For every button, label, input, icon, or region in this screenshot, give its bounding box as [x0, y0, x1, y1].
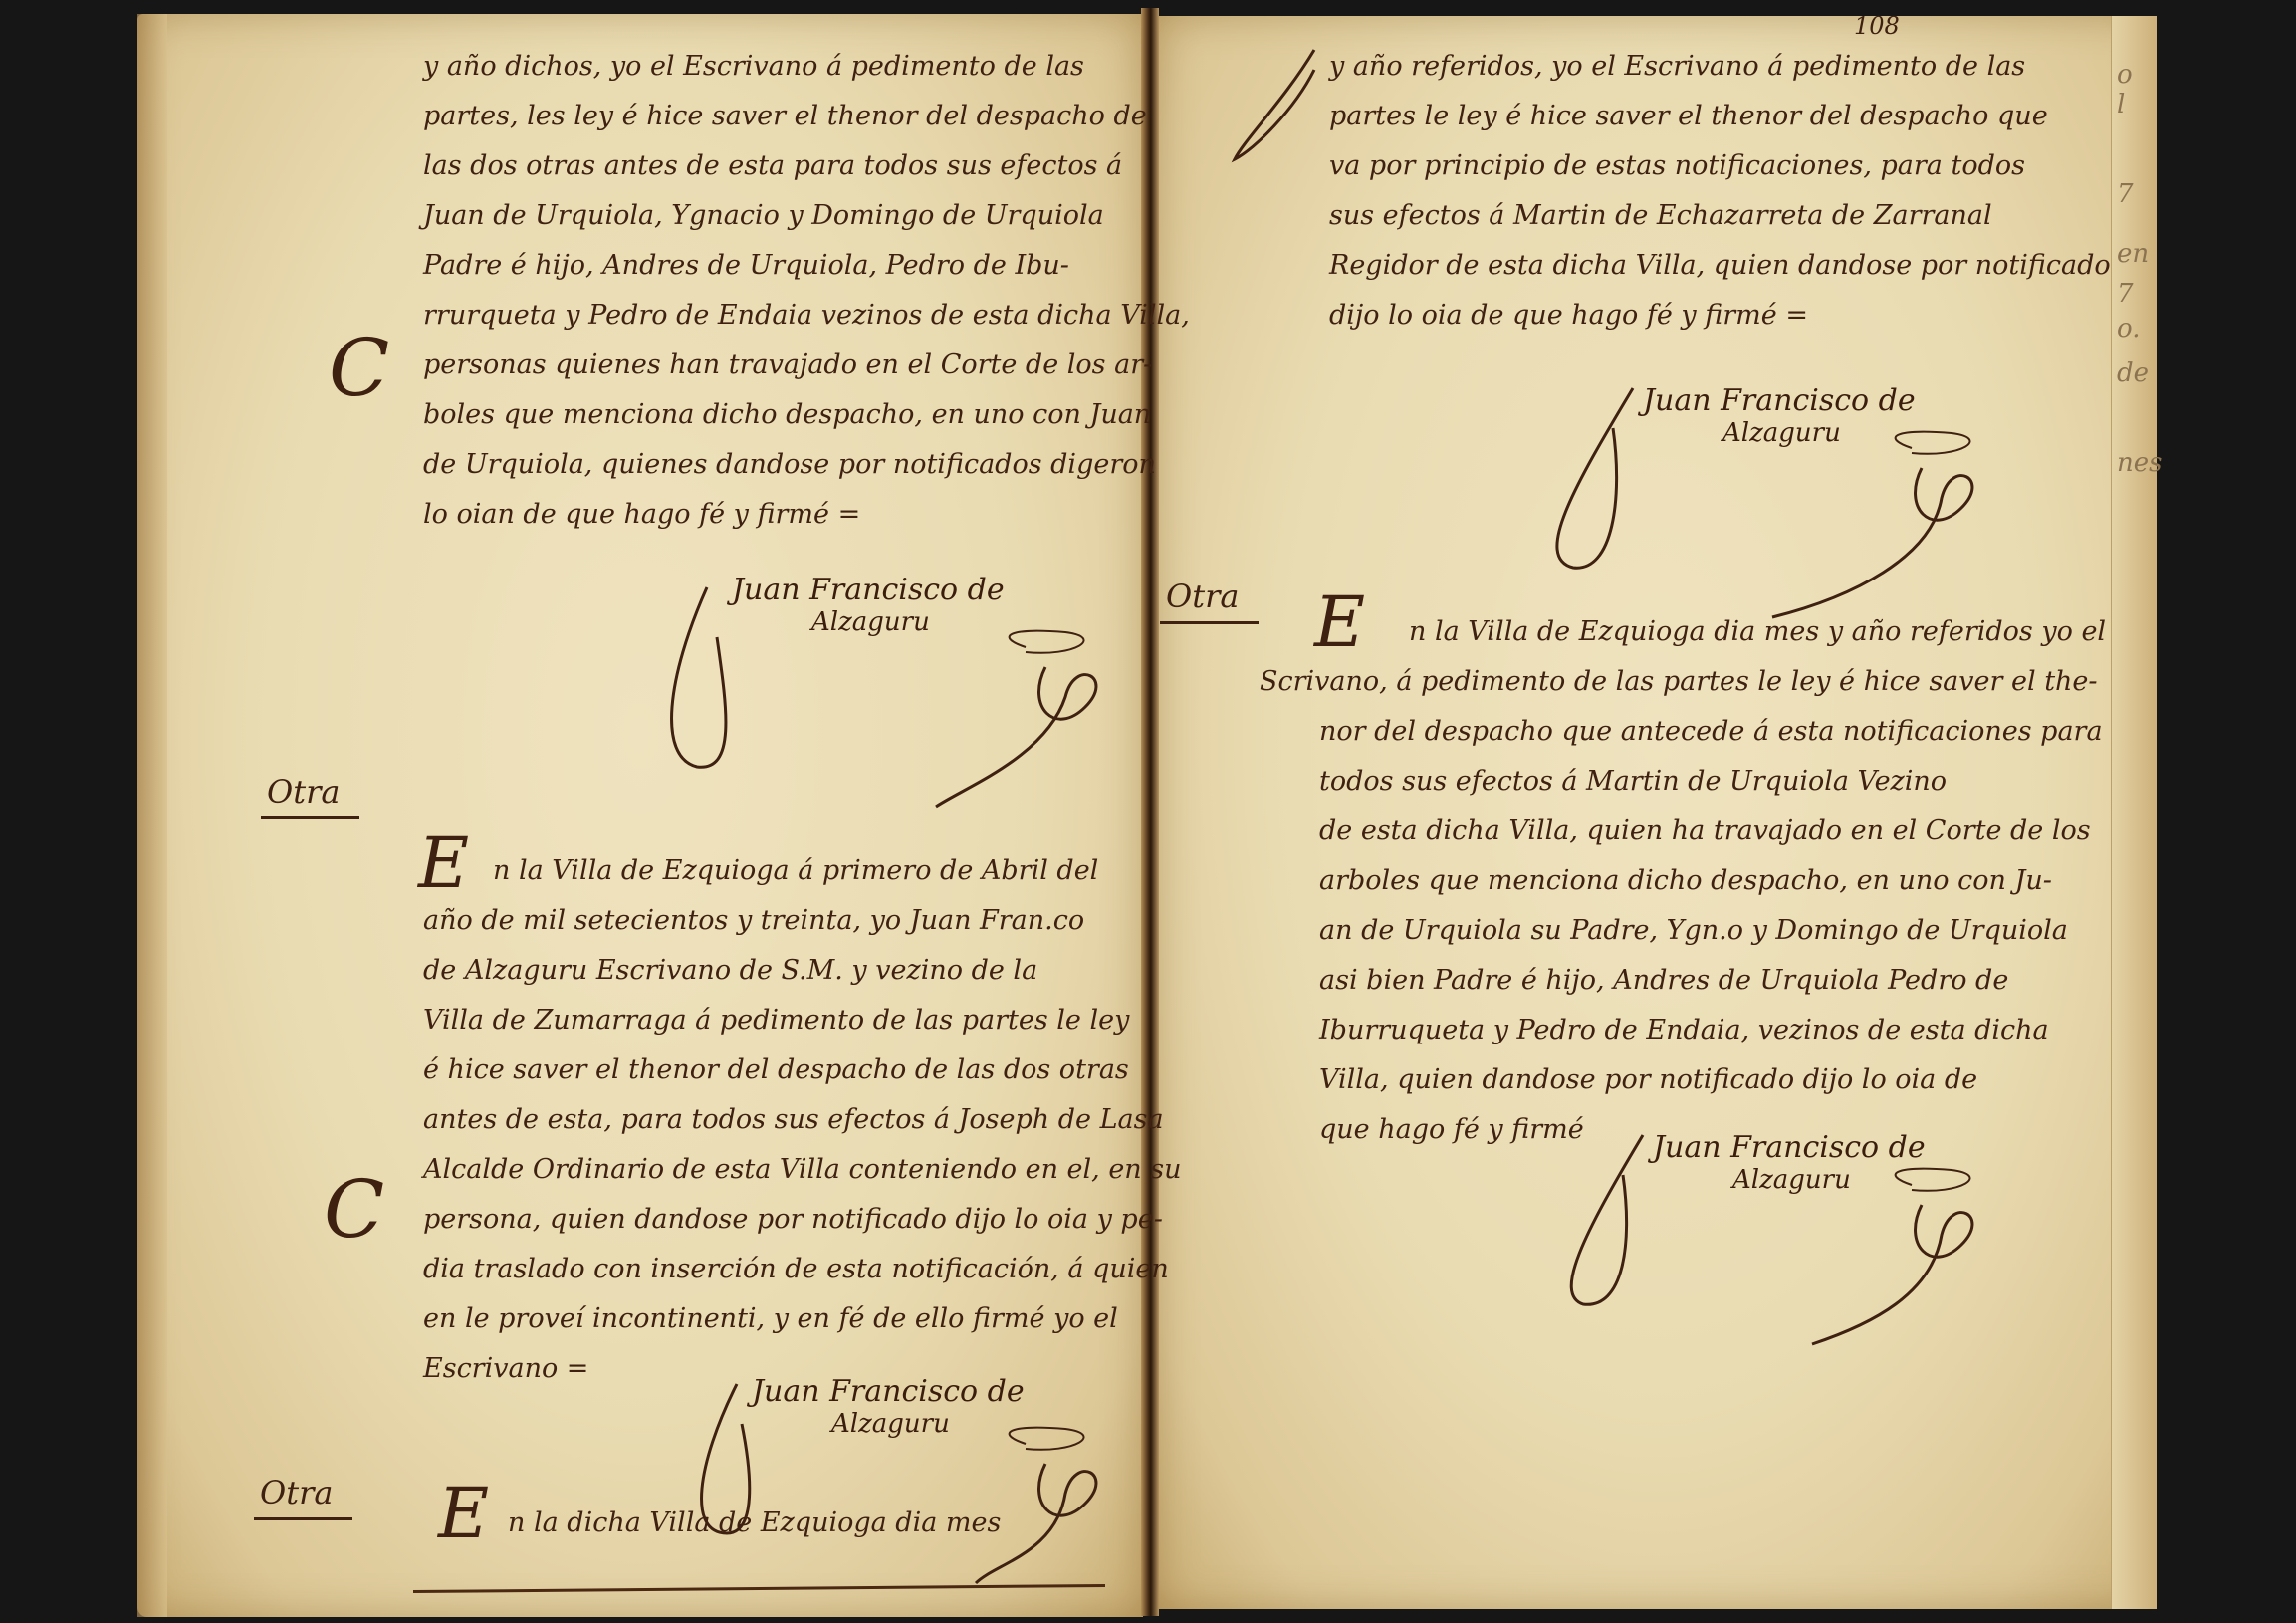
text-line: dijo lo oia de que hago fé y firmé = [1329, 291, 2111, 341]
text-line: Padre é hijo, Andres de Urquiola, Pedro … [423, 241, 1190, 291]
text-line: nor del despacho que antecede á esta not… [1260, 707, 2106, 757]
text-line: é hice saver el thenor del despacho de l… [423, 1045, 1182, 1095]
text-line: personas quienes han travajado en el Cor… [423, 341, 1190, 390]
text-line: las dos otras antes de esta para todos s… [423, 141, 1190, 191]
margin-label-otra: Otra [261, 773, 359, 819]
edge-mark: en [2117, 239, 2149, 269]
left-block-3: n la dicha Villa de Ezquioga dia mes [508, 1499, 1001, 1548]
text-line: Juan de Urquiola, Ygnacio y Domingo de U… [423, 191, 1190, 241]
text-line: en le proveí incontinenti, y en fé de el… [423, 1294, 1182, 1344]
text-line: rrurqueta y Pedro de Endaia vezinos de e… [423, 291, 1190, 341]
margin-label-otra: Otra [1160, 578, 1259, 624]
page-number: 108 [1854, 12, 1900, 40]
text-line: n la Villa de Ezquioga á primero de Abri… [423, 846, 1182, 896]
text-line: antes de esta, para todos sus efectos á … [423, 1095, 1182, 1145]
text-line: Villa de Zumarraga á pedimento de las pa… [423, 996, 1182, 1045]
text-line: an de Urquiola su Padre, Ygn.o y Domingo… [1260, 906, 2106, 956]
notary-signature: Juan Francisco de Alzaguru [1653, 1130, 1926, 1195]
initial-letter: E [438, 1479, 489, 1548]
margin-label-otra: Otra [254, 1474, 352, 1520]
left-page-torn-edge [137, 14, 167, 1617]
edge-mark: de [2117, 358, 2149, 388]
text-line: persona, quien dandose por notificado di… [423, 1195, 1182, 1245]
edge-mark: o [2117, 60, 2133, 90]
edge-mark: nes [2117, 448, 2162, 478]
text-line: va por principio de estas notificaciones… [1329, 141, 2111, 191]
right-block-1: y año referidos, yo el Escrivano á pedim… [1329, 42, 2111, 341]
text-line: y año referidos, yo el Escrivano á pedim… [1329, 42, 2111, 92]
text-line: Scrivano, á pedimento de las partes le l… [1260, 657, 2106, 707]
notary-signature: Juan Francisco de Alzaguru [752, 1374, 1025, 1439]
text-line: partes le ley é hice saver el thenor del… [1329, 92, 2111, 141]
text-line: Iburruqueta y Pedro de Endaia, vezinos d… [1260, 1006, 2106, 1055]
edge-mark: 7 [2117, 179, 2134, 209]
edge-mark: o. [2117, 314, 2140, 344]
text-line: asi bien Padre é hijo, Andres de Urquiol… [1260, 956, 2106, 1006]
text-line: Alcalde Ordinario de esta Villa contenie… [423, 1145, 1182, 1195]
text-line: de Urquiola, quienes dandose por notific… [423, 440, 1190, 490]
text-line: dia traslado con inserción de esta notif… [423, 1245, 1182, 1294]
text-line: n la dicha Villa de Ezquioga dia mes [508, 1499, 1001, 1548]
edge-mark: 7 [2117, 279, 2134, 309]
text-line: año de mil setecientos y treinta, yo Jua… [423, 896, 1182, 946]
text-line: Villa, quien dandose por notificado dijo… [1260, 1055, 2106, 1105]
text-line: y año dichos, yo el Escrivano á pediment… [423, 42, 1190, 92]
edge-mark: l [2117, 90, 2125, 119]
text-line: de esta dicha Villa, quien ha travajado … [1260, 807, 2106, 856]
text-line: lo oian de que hago fé y firmé = [423, 490, 1190, 540]
right-block-2: n la Villa de Ezquioga dia mes y año ref… [1260, 607, 2106, 1155]
text-line: Regidor de esta dicha Villa, quien dando… [1329, 241, 2111, 291]
notary-signature: Juan Francisco de Alzaguru [1643, 383, 1916, 448]
text-line: partes, les ley é hice saver el thenor d… [423, 92, 1190, 141]
left-block-2: n la Villa de Ezquioga á primero de Abri… [423, 846, 1182, 1394]
left-block-1: y año dichos, yo el Escrivano á pediment… [423, 42, 1190, 540]
notary-signature: Juan Francisco de Alzaguru [732, 573, 1005, 637]
text-line: de Alzaguru Escrivano de S.M. y vezino d… [423, 946, 1182, 996]
text-line: boles que menciona dicho despacho, en un… [423, 390, 1190, 440]
text-line: todos sus efectos á Martin de Urquiola V… [1260, 757, 2106, 807]
paragraph-mark: C [324, 1170, 384, 1250]
text-line: sus efectos á Martin de Echazarreta de Z… [1329, 191, 2111, 241]
text-line: n la Villa de Ezquioga dia mes y año ref… [1260, 607, 2106, 657]
paragraph-mark: C [329, 329, 389, 408]
text-line: arboles que menciona dicho despacho, en … [1260, 856, 2106, 906]
